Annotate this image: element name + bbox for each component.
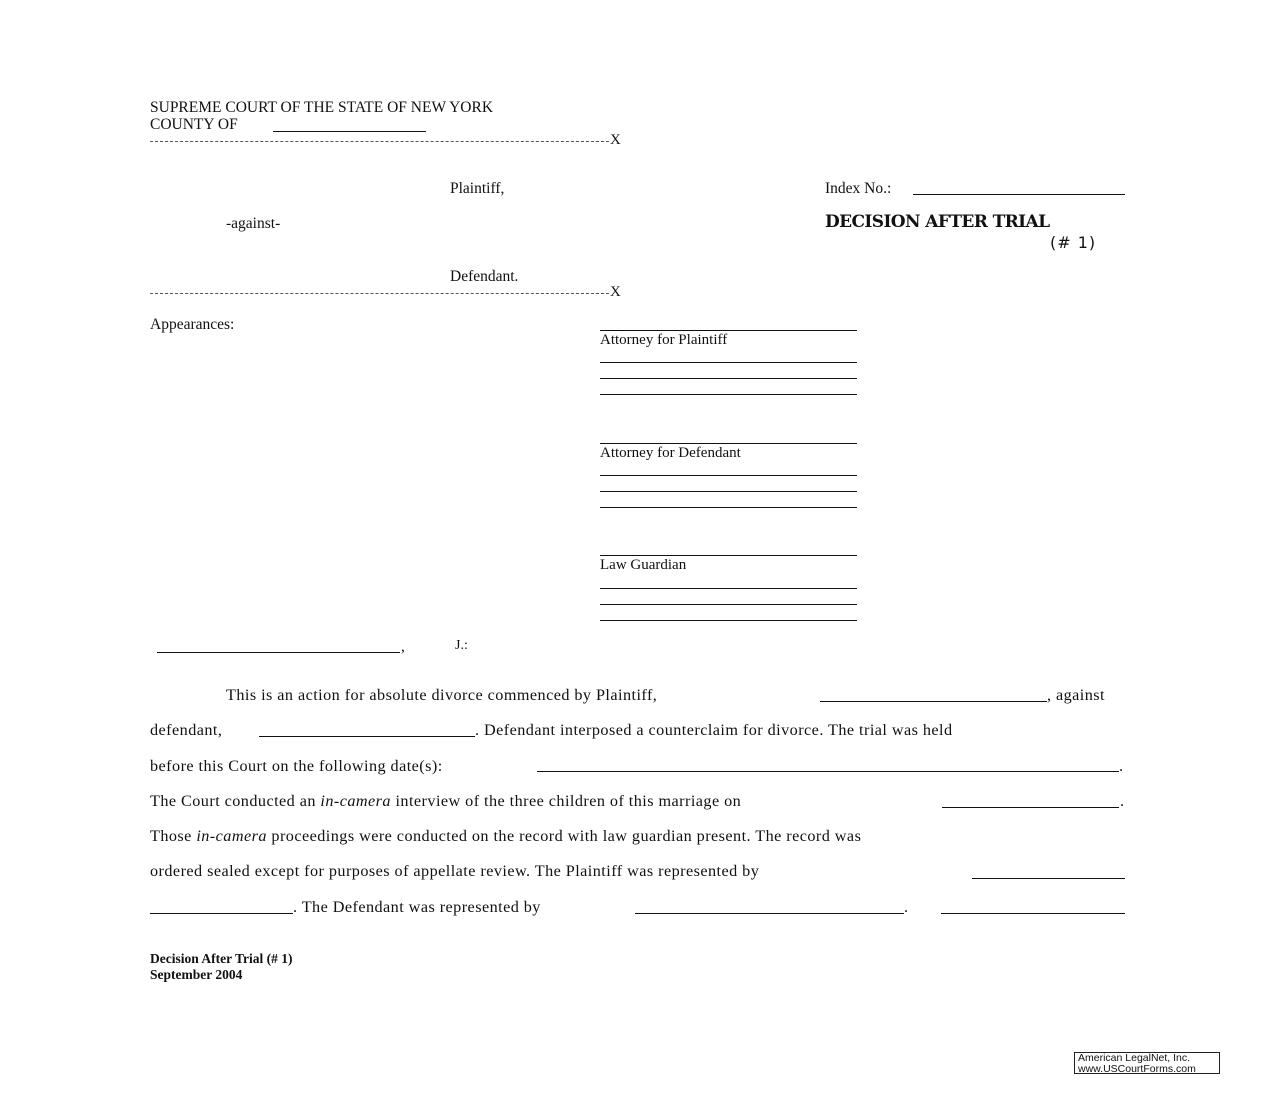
court-name: SUPREME COURT OF THE STATE OF NEW YORK: [150, 99, 493, 117]
plaintiff-counsel-field[interactable]: [972, 878, 1125, 879]
body-line-1-end: , against: [1047, 686, 1105, 705]
address-line[interactable]: [600, 362, 857, 363]
trial-dates-field[interactable]: [537, 771, 1119, 772]
publisher-url[interactable]: www.USCourtForms.com: [1078, 1064, 1219, 1075]
body-line-7-end: .: [904, 898, 909, 917]
italic-term: in-camera: [320, 792, 391, 810]
index-number-field[interactable]: [913, 194, 1125, 195]
footer-date: September 2004: [150, 967, 242, 983]
body-line-6-text: ordered sealed except for purposes of ap…: [150, 862, 759, 881]
document-number: (# 1): [1050, 233, 1096, 252]
body-line-2-text: . Defendant interposed a counterclaim fo…: [475, 721, 953, 740]
address-line[interactable]: [600, 588, 857, 589]
plaintiff-name-field[interactable]: [820, 701, 1047, 702]
judge-suffix: J.:: [455, 638, 468, 654]
body-line-2-start: defendant,: [150, 721, 222, 740]
appearance-label: Law Guardian: [600, 557, 686, 574]
appearances-label: Appearances:: [150, 316, 234, 334]
body-line-1-text: This is an action for absolute divorce c…: [226, 686, 657, 705]
caption-x-top: X: [610, 132, 621, 149]
body-line-3-text: before this Court on the following date(…: [150, 757, 443, 776]
address-line[interactable]: [600, 394, 857, 395]
county-label: COUNTY OF: [150, 116, 238, 134]
defendant-name-field[interactable]: [259, 736, 475, 737]
judge-comma: ,: [401, 638, 405, 656]
text-span: Those: [150, 827, 192, 845]
index-number-label: Index No.:: [825, 180, 891, 198]
caption-divider-top: [150, 141, 609, 142]
appearance-label: Attorney for Defendant: [600, 445, 741, 462]
caption-x-bottom: X: [610, 284, 621, 301]
defendant-counsel-field[interactable]: [635, 913, 904, 914]
footer-form-name: Decision After Trial (# 1): [150, 951, 292, 967]
body-line-4-end: .: [1120, 792, 1125, 811]
appearance-label: Attorney for Plaintiff: [600, 332, 727, 349]
address-line[interactable]: [600, 604, 857, 605]
body-line-4-text: The Court conducted an in-camera intervi…: [150, 792, 741, 811]
italic-term: in-camera: [196, 827, 267, 845]
continuation-field[interactable]: [941, 913, 1125, 914]
address-line[interactable]: [600, 507, 857, 508]
body-line-5-text: Those in-camera proceedings were conduct…: [150, 827, 861, 846]
body-line-7-text: . The Defendant was represented by: [293, 898, 541, 917]
text-span: The Court conducted an: [150, 792, 316, 810]
address-line[interactable]: [600, 475, 857, 476]
plaintiff-counsel-field-cont[interactable]: [150, 913, 293, 914]
plaintiff-label: Plaintiff,: [450, 180, 504, 198]
address-line[interactable]: [600, 378, 857, 379]
publisher-badge[interactable]: American LegalNet, Inc. www.USCourtForms…: [1074, 1052, 1220, 1074]
county-field[interactable]: [273, 131, 426, 132]
address-line[interactable]: [600, 491, 857, 492]
signature-line[interactable]: [600, 443, 857, 444]
judge-name-field[interactable]: [157, 652, 400, 653]
against-label: -against-: [226, 215, 280, 233]
interview-date-field[interactable]: [942, 807, 1119, 808]
text-span: proceedings were conducted on the record…: [271, 827, 861, 845]
caption-divider-bottom: [150, 293, 609, 294]
body-line-3-end: .: [1119, 757, 1124, 776]
text-span: interview of the three children of this …: [395, 792, 741, 810]
signature-line[interactable]: [600, 555, 857, 556]
signature-line[interactable]: [600, 330, 857, 331]
defendant-label: Defendant.: [450, 268, 518, 286]
address-line[interactable]: [600, 620, 857, 621]
document-title: DECISION AFTER TRIAL: [825, 212, 1049, 232]
